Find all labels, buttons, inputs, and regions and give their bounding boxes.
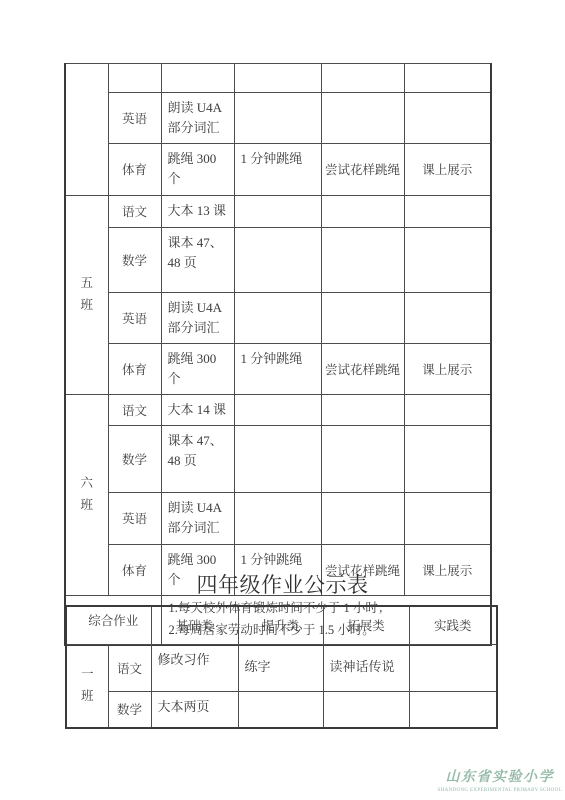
content-cell [321,493,404,544]
subject-cell: 数学 [108,426,161,493]
content-cell [409,644,497,691]
header-cell-basic: 基础类 [151,606,238,644]
class-label: 五班 [80,273,94,317]
subject-cell: 英语 [108,493,161,544]
document-page: 英语 朗读 U4A 部分词汇 体育 跳绳 300 个 1 分钟跳绳 尝试花样跳绳… [0,0,565,800]
subject-cell [108,64,161,93]
content-cell: 练字 [238,644,323,691]
table-row: 五班 语文 大本 13 课 [65,195,491,227]
content-cell [234,426,321,493]
subject-cell: 语文 [108,195,161,227]
class-label-cell: 一班 [66,644,108,728]
content-cell [321,195,404,227]
table-row: 英语 朗读 U4A 部分词汇 [65,292,491,343]
content-cell [404,93,491,144]
subject-cell: 英语 [108,93,161,144]
class-label-cell [65,64,108,196]
table-row: 英语 朗读 U4A 部分词汇 [65,493,491,544]
content-cell: 朗读 U4A 部分词汇 [161,493,234,544]
content-cell: 课本 47、48 页 [161,227,234,292]
subject-cell: 数学 [108,227,161,292]
header-cell-practice: 实践类 [409,606,497,644]
page-title: 四年级作业公示表 [0,569,565,599]
content-cell: 尝试花样跳绳 [321,144,404,195]
class-label: 一班 [80,664,94,708]
class-label-cell: 五班 [65,195,108,395]
table-row: 六班 语文 大本 14 课 [65,395,491,426]
content-cell [234,493,321,544]
content-cell [404,292,491,343]
table-row: 体育 跳绳 300 个 1 分钟跳绳 尝试花样跳绳 课上展示 [65,343,491,394]
content-cell: 读神话传说 [323,644,409,691]
content-cell [323,691,409,728]
content-cell [234,395,321,426]
table-row [65,64,491,93]
content-cell: 跳绳 300 个 [161,144,234,195]
table-row: 数学 大本两页 [66,691,497,728]
content-cell: 大本两页 [151,691,238,728]
header-row: 基础类 提升类 拓展类 实践类 [66,606,497,644]
content-cell [321,426,404,493]
content-cell [321,395,404,426]
school-name-cn: 山东省实验小学 [438,770,562,787]
subject-cell: 英语 [108,292,161,343]
grade4-homework-table: 基础类 提升类 拓展类 实践类 一班 语文 修改习作 练字 读神话传说 数学 大… [65,605,498,729]
homework-table-continued: 英语 朗读 U4A 部分词汇 体育 跳绳 300 个 1 分钟跳绳 尝试花样跳绳… [64,63,492,646]
header-cell-improve: 提升类 [238,606,323,644]
content-cell [321,292,404,343]
content-cell [238,691,323,728]
content-cell: 修改习作 [151,644,238,691]
table-row: 数学 课本 47、48 页 [65,227,491,292]
content-cell: 朗读 U4A 部分词汇 [161,292,234,343]
content-cell [321,64,404,93]
content-cell [234,64,321,93]
school-watermark: 山东省实验小学 SHANDONG EXPERIMENTAL PRIMARY SC… [438,770,562,793]
header-cell-expand: 拓展类 [323,606,409,644]
table-row: 体育 跳绳 300 个 1 分钟跳绳 尝试花样跳绳 课上展示 [65,144,491,195]
subject-cell: 体育 [108,144,161,195]
content-cell: 1 分钟跳绳 [234,343,321,394]
content-cell [409,691,497,728]
content-cell [404,426,491,493]
class-label: 六班 [80,473,94,517]
content-cell [404,227,491,292]
content-cell [234,195,321,227]
content-cell [321,93,404,144]
content-cell: 1 分钟跳绳 [234,144,321,195]
content-cell [321,227,404,292]
content-cell [234,292,321,343]
subject-cell: 体育 [108,343,161,394]
content-cell [404,195,491,227]
content-cell: 大本 13 课 [161,195,234,227]
content-cell [161,64,234,93]
class-label-cell: 六班 [65,395,108,596]
school-name-en: SHANDONG EXPERIMENTAL PRIMARY SCHOOL [438,788,562,793]
subject-cell: 数学 [108,691,151,728]
table-row: 英语 朗读 U4A 部分词汇 [65,93,491,144]
content-cell [234,93,321,144]
subject-cell: 语文 [108,395,161,426]
content-cell [234,227,321,292]
content-cell: 课上展示 [404,343,491,394]
content-cell: 跳绳 300 个 [161,343,234,394]
table-row: 一班 语文 修改习作 练字 读神话传说 [66,644,497,691]
header-empty-cell [66,606,151,644]
content-cell: 课上展示 [404,144,491,195]
content-cell: 尝试花样跳绳 [321,343,404,394]
table-row: 数学 课本 47、48 页 [65,426,491,493]
content-cell: 课本 47、48 页 [161,426,234,493]
subject-cell: 语文 [108,644,151,691]
content-cell [404,493,491,544]
content-cell: 朗读 U4A 部分词汇 [161,93,234,144]
content-cell: 大本 14 课 [161,395,234,426]
content-cell [404,64,491,93]
content-cell [404,395,491,426]
